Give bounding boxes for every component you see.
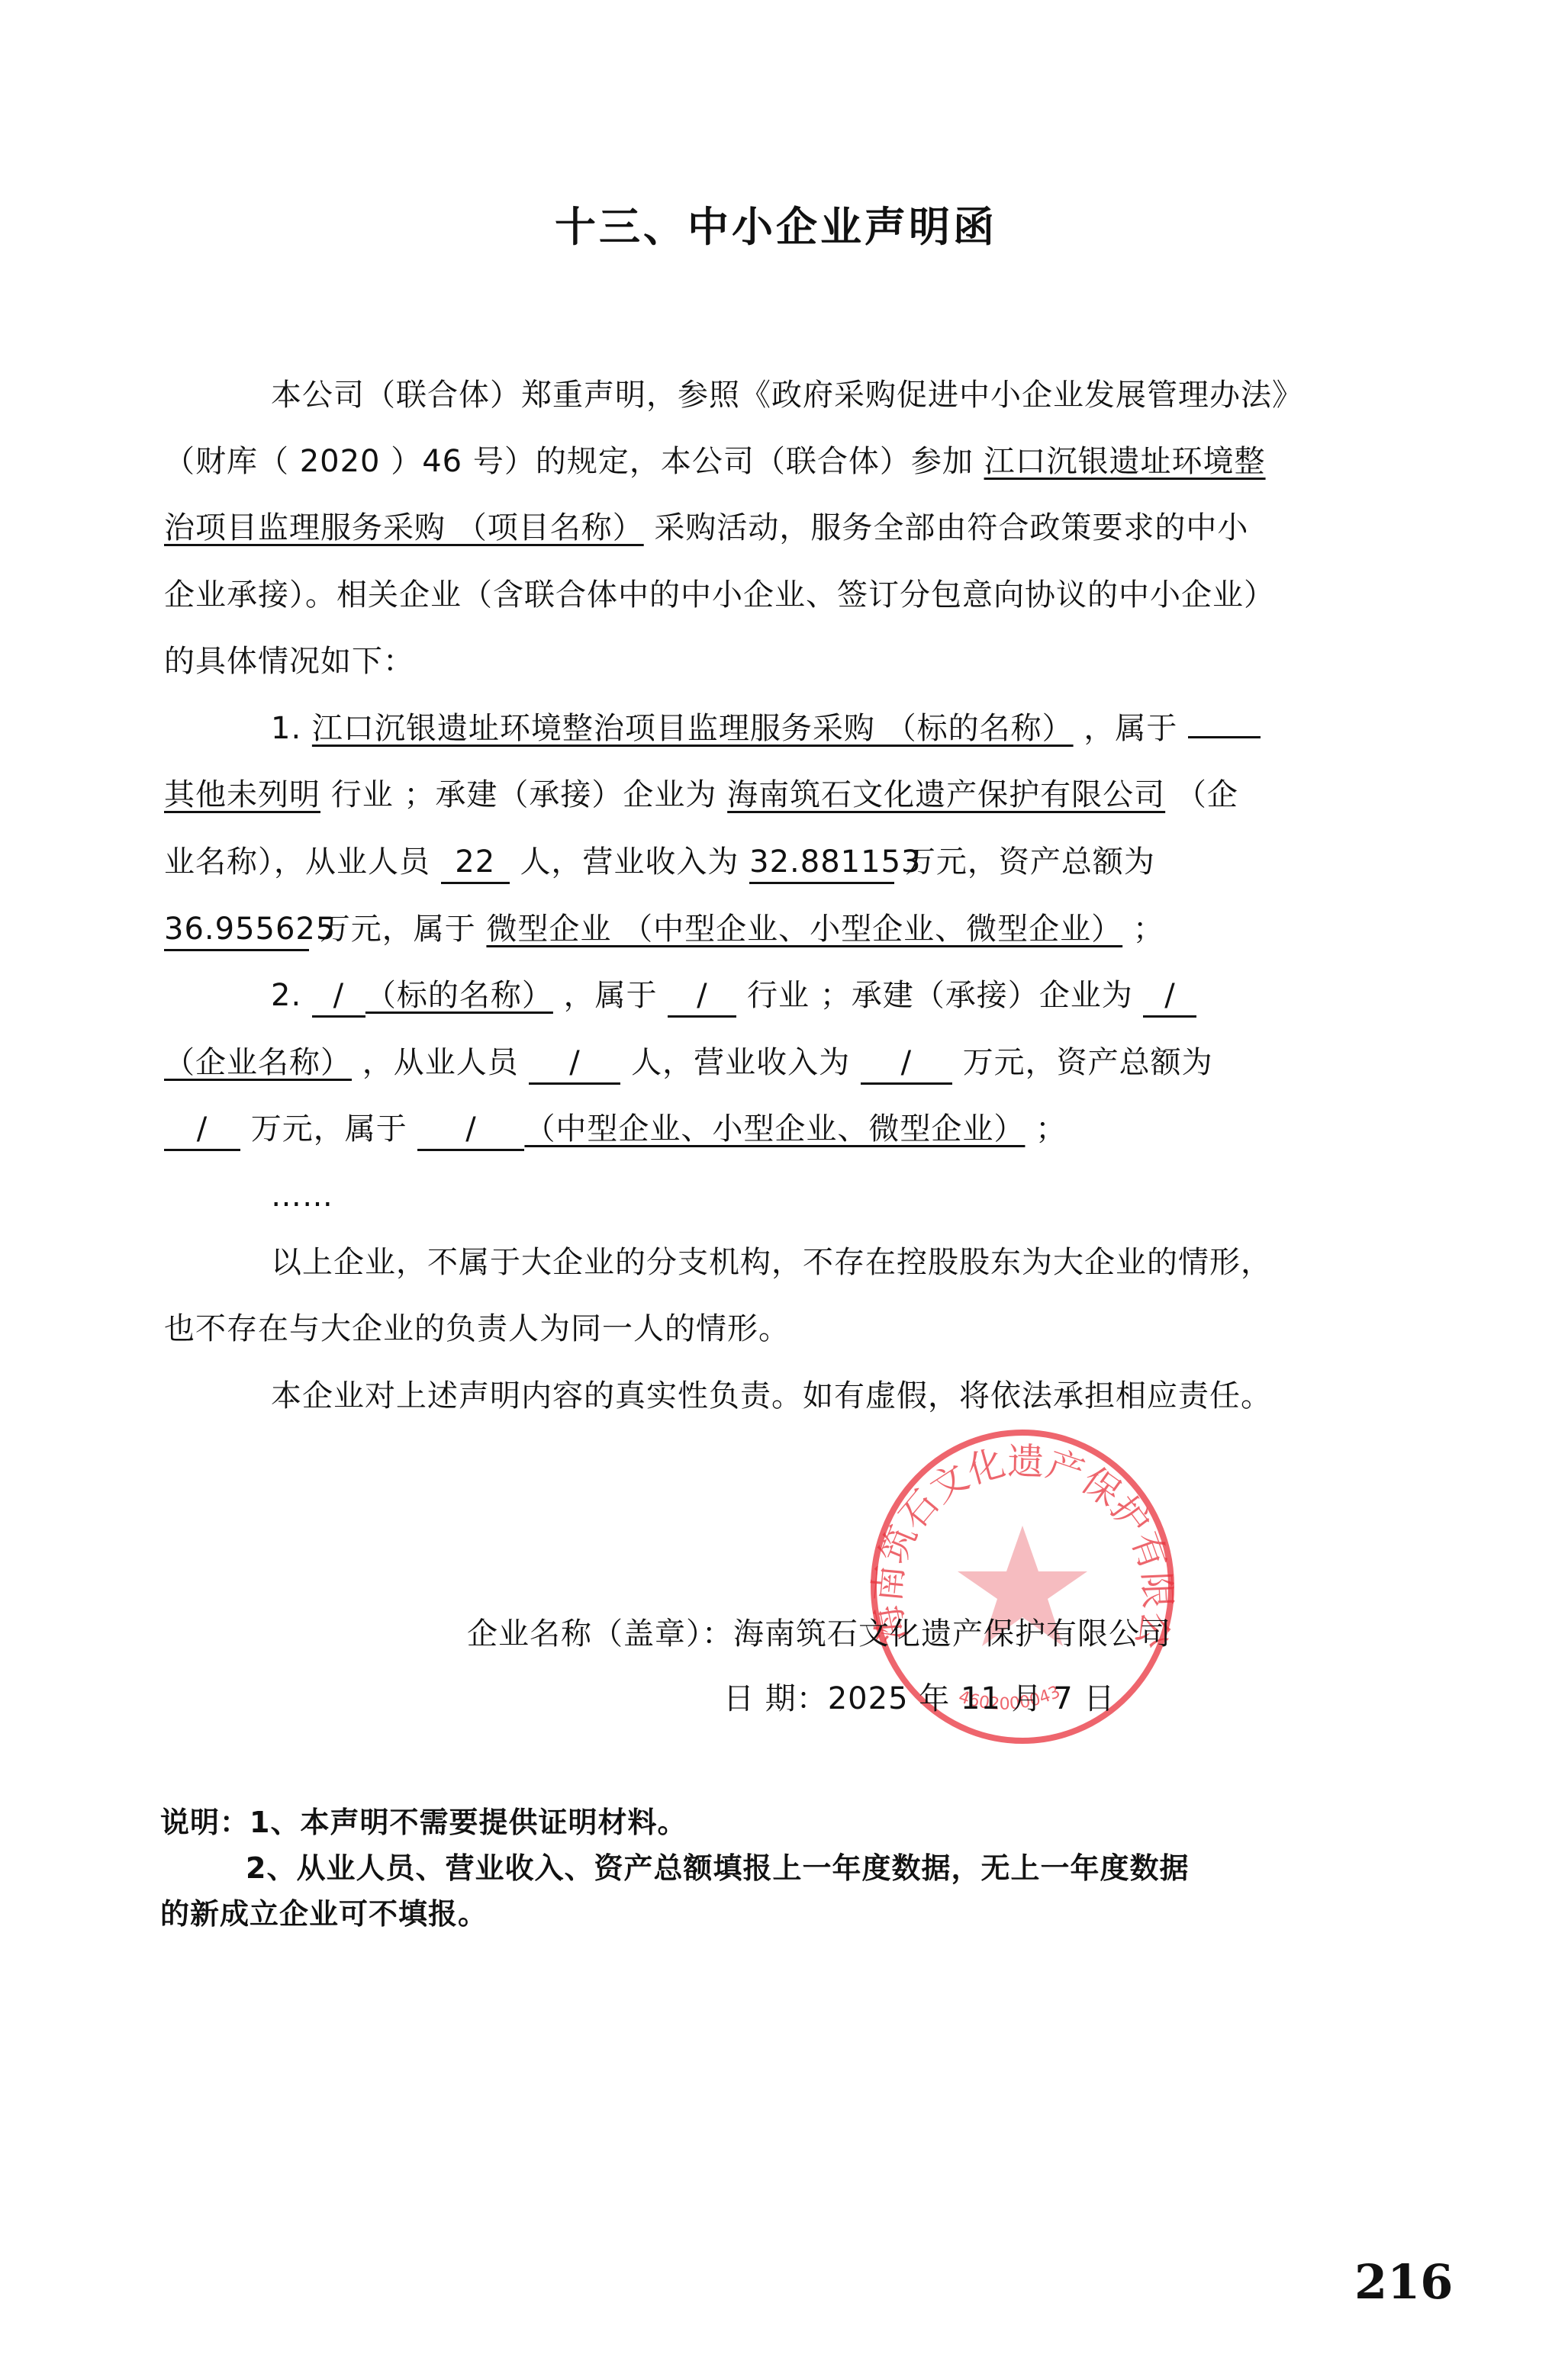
item1-line-3: 业名称），从业人员 22 人，营业收入为 32.881153 万元，资产总额为 bbox=[164, 839, 1343, 885]
item1-industry-suffix: 行业 ；承建（承接）企业为 bbox=[331, 777, 717, 812]
intro-line-2: （财库（ 2020 ）46 号）的规定，本公司（联合体）参加 江口沉银遗址环境整 bbox=[164, 439, 1343, 484]
signature-company-row: 企业名称（盖章）：海南筑石文化遗产保护有限公司 bbox=[467, 1610, 1171, 1653]
item2-size: / bbox=[417, 1109, 524, 1151]
declaration-line-2: 也不存在与大企业的负责人为同一人的情形。 bbox=[164, 1306, 1343, 1352]
item2-employees-label: ，从业人员 bbox=[362, 1045, 519, 1080]
item2-assets-unit: 万元，属于 bbox=[251, 1111, 407, 1147]
item2-end: ； bbox=[1035, 1111, 1067, 1147]
declaration-line-3: 本企业对上述声明内容的真实性负责。如有虚假，将依法承担相应责任。 bbox=[164, 1373, 1343, 1419]
item2-belongs-to: ，属于 bbox=[564, 978, 658, 1013]
item2-number: 2. bbox=[271, 978, 301, 1013]
item1-belongs-to: ，属于 bbox=[1084, 711, 1177, 746]
item2-industry-suffix: 行业 ；承建（承接）企业为 bbox=[747, 978, 1133, 1013]
item1-employees: 22 bbox=[441, 842, 510, 884]
item2-subject-label: （标的名称） bbox=[365, 978, 553, 1013]
item2-line-2: （企业名称） ，从业人员 / 人，营业收入为 / 万元，资产总额为 bbox=[164, 1040, 1343, 1085]
signature-date-row: 日 期：2025 年 11 月 7 日 bbox=[723, 1674, 1115, 1718]
item1-assets: 36.955625 bbox=[164, 909, 309, 951]
item2-employees: / bbox=[529, 1043, 620, 1085]
item1-revenue-label: 人，营业收入为 bbox=[520, 844, 739, 880]
item2-size-options: （中型企业、小型企业、微型企业） bbox=[524, 1111, 1025, 1147]
item1-line-4: 36.955625 万元，属于 微型企业 （中型企业、小型企业、微型企业） ； bbox=[164, 906, 1343, 952]
item2-assets: / bbox=[164, 1109, 240, 1151]
item2-line-1: 2. /（标的名称） ，属于 / 行业 ；承建（承接）企业为 / bbox=[164, 973, 1343, 1018]
item2-line-3: / 万元，属于 /（中型企业、小型企业、微型企业） ； bbox=[164, 1106, 1343, 1152]
item2-subject: / bbox=[312, 976, 365, 1018]
item1-line-3-prefix: 业名称），从业人员 bbox=[164, 844, 430, 880]
project-name-part-1: 江口沉银遗址环境整 bbox=[984, 444, 1266, 479]
item1-line-2: 其他未列明 行业 ；承建（承接）企业为 海南筑石文化遗产保护有限公司 （企 bbox=[164, 772, 1343, 818]
project-name-part-2: 治项目监理服务采购 （项目名称） bbox=[164, 510, 644, 545]
ellipsis: …… bbox=[164, 1173, 1343, 1219]
item2-industry: / bbox=[668, 976, 736, 1018]
item2-company: / bbox=[1143, 976, 1196, 1018]
item2-revenue-label: 人，营业收入为 bbox=[631, 1045, 850, 1080]
note-2-line-2: 的新成立企业可不填报。 bbox=[160, 1890, 488, 1932]
signature-company-label: 企业名称（盖章）： bbox=[467, 1616, 733, 1652]
item1-company-suffix: （企 bbox=[1176, 777, 1238, 812]
intro-line-5: 的具体情况如下： bbox=[164, 638, 1343, 684]
note-line-1: 说明：1、本声明不需要提供证明材料。 bbox=[160, 1799, 687, 1841]
intro-line-2-prefix: （财库（ 2020 ）46 号）的规定，本公司（联合体）参加 bbox=[164, 444, 974, 479]
declaration-line-1: 以上企业，不属于大企业的分支机构，不存在控股股东为大企业的情形， bbox=[164, 1240, 1343, 1285]
document-title: 十三、中小企业声明函 bbox=[0, 195, 1552, 253]
item1-assets-label: 万元，资产总额为 bbox=[905, 844, 1155, 880]
item2-company-label: （企业名称） bbox=[164, 1045, 352, 1080]
intro-line-4: 企业承接）。相关企业（含联合体中的中小企业、签订分包意向协议的中小企业） bbox=[164, 572, 1343, 618]
signature-date: 2025 年 11 月 7 日 bbox=[828, 1681, 1116, 1716]
signature-company-name: 海南筑石文化遗产保护有限公司 bbox=[733, 1616, 1171, 1652]
item1-line-1: 1. 江口沉银遗址环境整治项目监理服务采购 （标的名称） ，属于 bbox=[164, 706, 1343, 751]
item1-revenue: 32.881153 bbox=[749, 842, 894, 884]
item1-number: 1. bbox=[271, 711, 301, 746]
item1-industry: 其他未列明 bbox=[164, 777, 320, 812]
item1-end: ； bbox=[1133, 912, 1164, 947]
item1-subject-name: 江口沉银遗址环境整治项目监理服务采购 （标的名称） bbox=[312, 711, 1074, 746]
item2-revenue: / bbox=[861, 1043, 952, 1085]
intro-line-3: 治项目监理服务采购 （项目名称） 采购活动，服务全部由符合政策要求的中小 bbox=[164, 505, 1343, 551]
notes-label: 说明： bbox=[160, 1806, 250, 1839]
intro-line-1: 本公司（联合体）郑重声明，参照《政府采购促进中小企业发展管理办法》 bbox=[164, 372, 1343, 418]
item2-assets-label: 万元，资产总额为 bbox=[963, 1045, 1213, 1080]
item1-blank bbox=[1188, 736, 1261, 738]
note-2-line-1: 2、从业人员、营业收入、资产总额填报上一年度数据，无上一年度数据 bbox=[246, 1844, 1189, 1886]
signature-date-label: 日 期： bbox=[723, 1681, 828, 1716]
note-1: 1、本声明不需要提供证明材料。 bbox=[250, 1806, 687, 1839]
page-number: 216 bbox=[1354, 2254, 1453, 2310]
item1-size: 微型企业 （中型企业、小型企业、微型企业） bbox=[486, 912, 1122, 947]
intro-line-3-suffix: 采购活动，服务全部由符合政策要求的中小 bbox=[644, 510, 1249, 545]
item1-company: 海南筑石文化遗产保护有限公司 bbox=[727, 777, 1165, 812]
item1-assets-unit: 万元，属于 bbox=[320, 912, 476, 947]
